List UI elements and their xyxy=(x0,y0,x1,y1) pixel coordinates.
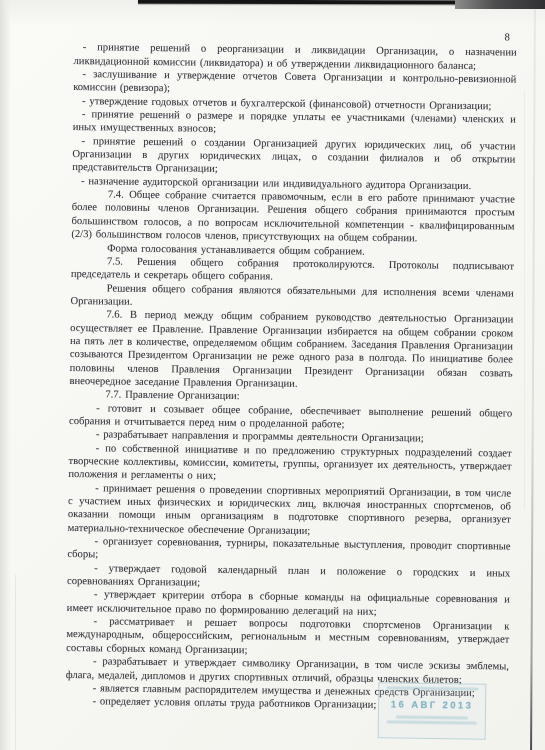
stamp-faint-text-line xyxy=(387,720,477,724)
document-body: 8 - принятие решений о реорганизации и л… xyxy=(65,26,517,714)
scan-top-black-bar xyxy=(138,0,458,4)
scan-right-edge-line xyxy=(530,8,536,750)
list-item: - принимает решения о проведении спортив… xyxy=(68,482,512,541)
date-stamp: 16 АВГ 2013 xyxy=(378,682,487,740)
scan-top-right-edge xyxy=(455,0,545,9)
stamp-faint-text-line xyxy=(386,686,478,690)
scan-right-fold-line xyxy=(524,90,525,510)
list-item: - рассматривает и решает вопросы подгото… xyxy=(66,615,509,661)
list-item: - принятие решений о создании Организаци… xyxy=(72,135,515,181)
paragraph-7-6: 7.6. В период между общим собранием руко… xyxy=(69,308,513,394)
scanned-document-page: 8 - принятие решений о реорганизации и л… xyxy=(0,0,545,750)
stamp-faint-text-line xyxy=(396,715,468,719)
stamp-date-text: 16 АВГ 2013 xyxy=(379,699,485,711)
paragraph-7-4: 7.4. Общее собрание считается правомочны… xyxy=(71,188,515,247)
scan-left-edge-shadow xyxy=(0,0,11,750)
list-item: - по собственной инициативе и по предлож… xyxy=(68,442,511,488)
scan-left-fold-line xyxy=(15,575,16,750)
